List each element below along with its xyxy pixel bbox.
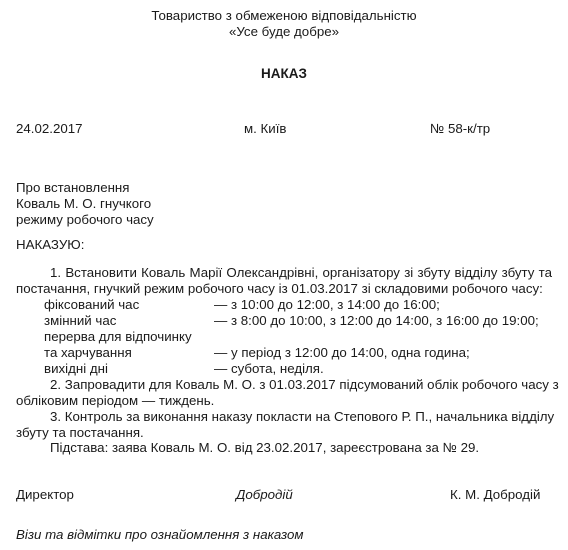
signer-name: К. М. Добродій <box>450 487 540 503</box>
schedule-row-break-2: та харчування— у період з 12:00 до 14:00… <box>44 345 470 361</box>
schedule-value: — з 10:00 до 12:00, з 14:00 до 16:00; <box>214 297 440 312</box>
signature: Добродій <box>236 487 293 503</box>
subject-line-3: режиму робочого часу <box>16 212 154 228</box>
item-1-line-1: 1. Встановити Коваль Марії Олександрівні… <box>50 265 552 281</box>
schedule-value: — у період з 12:00 до 14:00, одна година… <box>214 345 470 360</box>
schedule-label: змінний час <box>44 313 214 329</box>
schedule-row-break-1: перерва для відпочинку <box>44 329 214 345</box>
schedule-label: фіксований час <box>44 297 214 313</box>
visas-note: Візи та відмітки про ознайомлення з нака… <box>16 527 304 543</box>
schedule-label: та харчування <box>44 345 214 361</box>
item-3-line-2: збуту та постачання. <box>16 425 144 441</box>
item-2-line-1: 2. Запровадити для Коваль М. О. з 01.03.… <box>50 377 552 393</box>
item-3-line-1: 3. Контроль за виконання наказу покласти… <box>50 409 552 425</box>
schedule-row-fixed: фіксований час— з 10:00 до 12:00, з 14:0… <box>44 297 440 313</box>
item-1-line-2: постачання, гнучкий режим робочого часу … <box>16 281 543 297</box>
subject-line-2: Коваль М. О. гнучкого <box>16 196 151 212</box>
schedule-value: — субота, неділя. <box>214 361 324 376</box>
schedule-row-variable: змінний час— з 8:00 до 10:00, з 12:00 до… <box>44 313 539 329</box>
order-city: м. Київ <box>244 121 286 137</box>
schedule-value: — з 8:00 до 10:00, з 12:00 до 14:00, з 1… <box>214 313 539 328</box>
organization-name-quoted: «Усе буде добре» <box>0 24 568 40</box>
item-2-line-2: обліковим періодом — тиждень. <box>16 393 214 409</box>
basis-text: Підстава: заява Коваль М. О. від 23.02.2… <box>50 440 479 456</box>
order-number: № 58-к/тр <box>430 121 490 137</box>
organization-name: Товариство з обмеженою відповідальністю <box>0 8 568 24</box>
schedule-label: вихідні дні <box>44 361 214 377</box>
schedule-label: перерва для відпочинку <box>44 329 214 345</box>
order-word: НАКАЗУЮ: <box>16 237 84 253</box>
subject-line-1: Про встановлення <box>16 180 129 196</box>
signer-position: Директор <box>16 487 74 503</box>
schedule-row-days-off: вихідні дні— субота, неділя. <box>44 361 324 377</box>
document-title: НАКАЗ <box>0 66 568 82</box>
order-date: 24.02.2017 <box>16 121 83 137</box>
